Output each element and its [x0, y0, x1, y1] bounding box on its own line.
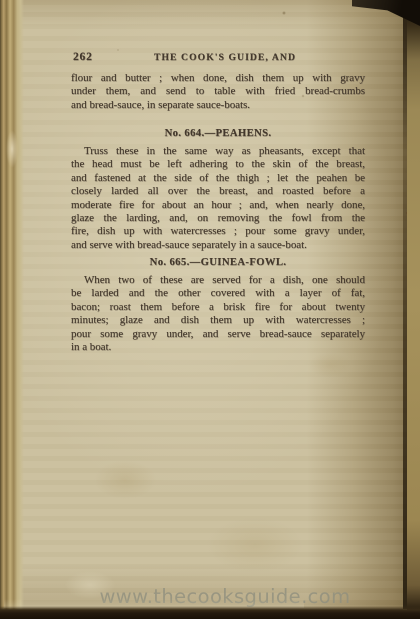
- body-line: be larded and the other covered with a l…: [71, 287, 365, 300]
- body-line: pour some gravy under, and serve bread-s…: [71, 328, 365, 341]
- body-line: moderate fire for about an hour ; and, w…: [71, 199, 365, 212]
- bottom-edge-shadow: [0, 606, 420, 619]
- body-line: Truss these in the same way as pheasants…: [71, 145, 365, 158]
- peahens-section-heading-row: No. 664.—PEAHENS.: [71, 127, 365, 140]
- body-line: in a boat.: [71, 341, 365, 354]
- body-line: When two of these are served for a dish,…: [71, 274, 365, 287]
- section-heading: No. 664.—PEAHENS.: [71, 127, 365, 140]
- guinea-fowl-paragraph: When two of these are served for a dish,…: [71, 274, 365, 354]
- book-binding-edge: [0, 0, 24, 619]
- guinea-fowl-section-heading-row: No. 665.—GUINEA-FOWL.: [71, 256, 365, 269]
- running-header: 262 THE COOK'S GUIDE, AND: [71, 51, 365, 65]
- intro-paragraph: flour and butter ; when done, dish them …: [71, 72, 365, 112]
- body-line: bacon; roast them before a brisk fire fo…: [71, 301, 365, 314]
- body-line: the head must be left adhering to the sk…: [71, 158, 365, 171]
- body-line: closely larded all over the breast, and …: [71, 185, 365, 198]
- body-line: and serve with bread-sauce separately in…: [71, 239, 365, 252]
- section-heading: No. 665.—GUINEA-FOWL.: [71, 256, 365, 269]
- body-line: glaze the larding, and, on removing the …: [71, 212, 365, 225]
- body-line: and fastened at the side of the thigh ; …: [71, 172, 365, 185]
- page-content: 262 THE COOK'S GUIDE, AND flour and butt…: [71, 0, 365, 619]
- body-line: flour and butter ; when done, dish them …: [71, 72, 365, 85]
- body-line: fire, dish up with watercresses ; pour s…: [71, 225, 365, 238]
- scanned-book-page: 262 THE COOK'S GUIDE, AND flour and butt…: [0, 0, 420, 619]
- running-title: THE COOK'S GUIDE, AND: [71, 51, 365, 64]
- binding-curl-highlight: [6, 130, 18, 168]
- right-page-edge: [407, 0, 420, 619]
- body-line: and bread-sauce, in separate sauce-boats…: [71, 99, 365, 112]
- peahens-paragraph: Truss these in the same way as pheasants…: [71, 145, 365, 252]
- body-line: under them, and send to table with fried…: [71, 85, 365, 98]
- page-number: 262: [73, 51, 93, 64]
- body-line: minutes; glaze and dish them up with wat…: [71, 314, 365, 327]
